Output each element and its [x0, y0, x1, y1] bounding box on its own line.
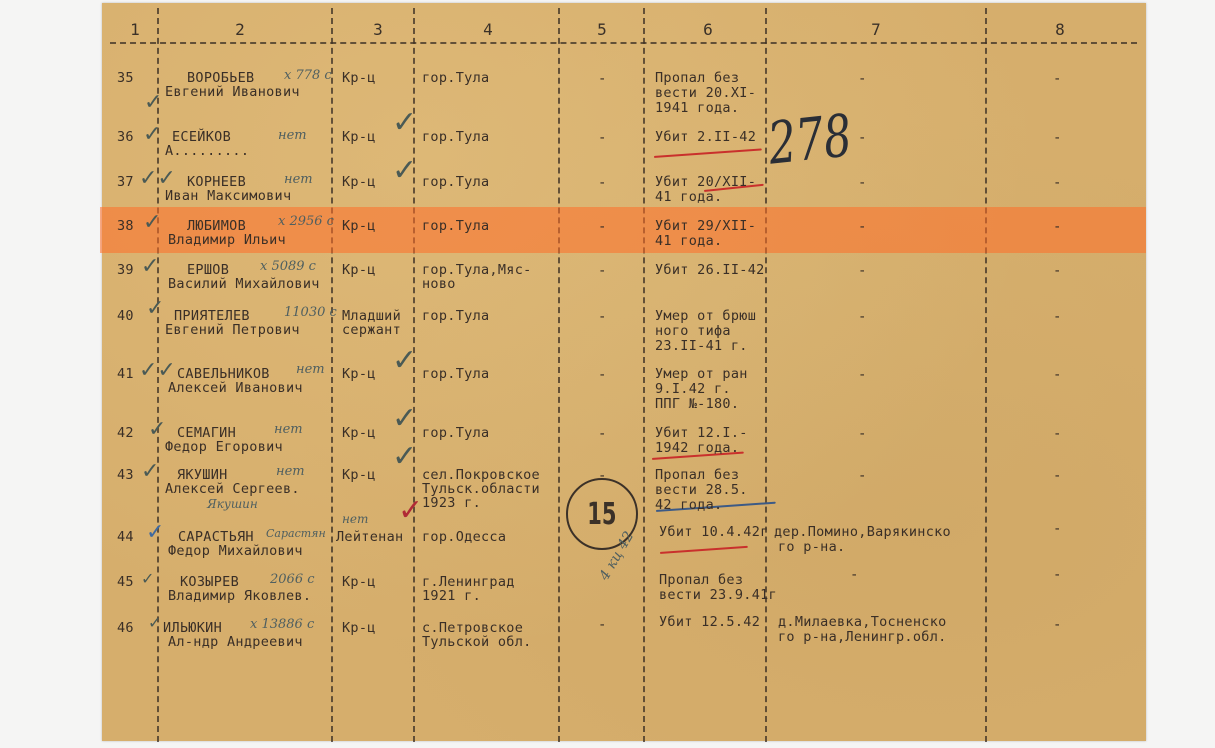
birthplace: гор.Тула: [422, 130, 489, 145]
checkmark-icon: ✓: [148, 419, 166, 441]
checkmark-icon: ✓: [392, 350, 417, 372]
given-names: Евгений Иванович: [165, 85, 300, 100]
given-names: Алексей Иванович: [168, 381, 303, 396]
rank: Кр-ц: [342, 71, 376, 86]
checkmark-icon: ✓: [141, 256, 159, 278]
col8-value: -: [1053, 130, 1061, 146]
col5-value: -: [598, 617, 606, 633]
checkmark-icon: ✓: [143, 212, 161, 234]
checkmark-icon: ✓: [148, 612, 161, 634]
handwritten-note: Сарастян: [266, 527, 326, 540]
col8-value: -: [1053, 426, 1061, 442]
rank: сержант: [342, 323, 401, 338]
fate-line: вести 23.9.41г: [659, 588, 777, 603]
handwritten-note: х 2956 с: [278, 214, 334, 229]
col7-value: -: [850, 567, 858, 583]
fate-line: 9.I.42 г.: [655, 382, 731, 397]
col8-value: -: [1053, 367, 1061, 383]
col7-value: -: [858, 426, 866, 442]
handwritten-note: нет: [276, 464, 305, 479]
column-number: 3: [368, 20, 388, 39]
checkmark-icon: ✓✓: [139, 168, 176, 190]
handwritten-note: 2066 с: [270, 572, 315, 587]
col8-value: -: [1053, 175, 1061, 191]
fate-line: Умер от ран: [655, 367, 748, 382]
rank: Кр-ц: [342, 130, 376, 145]
checkmark-icon: ✓✓: [139, 360, 176, 382]
handwritten-note: нет: [284, 172, 313, 187]
col5-value: -: [598, 426, 606, 442]
handwritten-note: х 5089 с: [260, 259, 316, 274]
fate-line: Пропал без: [655, 468, 739, 483]
row-number: 44: [117, 530, 134, 545]
given-names: Федор Егорович: [165, 440, 283, 455]
handwritten-note: нет: [342, 512, 368, 526]
handwritten-note: нет: [296, 362, 325, 377]
given-names: Василий Михайлович: [168, 277, 320, 292]
col7-value: -: [858, 71, 866, 87]
col7-value: -: [858, 130, 866, 146]
col7-value: -: [858, 175, 866, 191]
fate-line: 1941 года.: [655, 101, 739, 116]
given-names: Иван Максимович: [165, 189, 291, 204]
column-number: 2: [230, 20, 250, 39]
column-number: 7: [866, 20, 886, 39]
birthplace: ново: [422, 277, 456, 292]
col5-value: -: [598, 130, 606, 146]
fate-line: Умер от брюш: [655, 309, 756, 324]
birthplace: гор.Тула: [422, 367, 489, 382]
given-names: Евгений Петрович: [165, 323, 300, 338]
checkmark-icon: ✓: [392, 408, 417, 430]
row-number: 35: [117, 71, 134, 86]
rank: Лейтенан: [336, 530, 403, 545]
fate-line: Пропал без: [659, 573, 743, 588]
handwritten-surname: Якушин: [207, 497, 258, 511]
birthplace: гор.Тула: [422, 309, 489, 324]
fate-line: 41 года.: [655, 234, 722, 249]
burial-place: го р-на.: [778, 540, 845, 555]
birthplace: гор.Тула: [422, 71, 489, 86]
birthplace: гор.Тула: [422, 426, 489, 441]
fate-line: Убит 12.I.-: [655, 426, 748, 441]
given-names: Федор Михайлович: [168, 544, 303, 559]
given-names: Владимир Яковлев.: [168, 589, 311, 604]
rank: Кр-ц: [342, 219, 376, 234]
birthplace: 1923 г.: [422, 496, 481, 511]
fate-line: 23.II-41 г.: [655, 339, 748, 354]
col8-value: -: [1053, 468, 1061, 484]
col5-value: -: [598, 71, 606, 87]
stamp-number: 15: [587, 497, 616, 532]
row-number: 45: [117, 575, 134, 590]
column-divider: [985, 8, 987, 742]
column-divider: [558, 8, 560, 742]
rank: Кр-ц: [342, 426, 376, 441]
col5-value: -: [598, 309, 606, 325]
col7-value: -: [858, 219, 866, 235]
fate-line: ППГ №-180.: [655, 397, 739, 412]
col8-value: -: [1053, 71, 1061, 87]
row-number: 43: [117, 468, 134, 483]
handwritten-note: х 778 с: [284, 68, 332, 83]
col8-value: -: [1053, 617, 1061, 633]
checkmark-icon: ✓: [143, 124, 161, 146]
col5-value: -: [598, 367, 606, 383]
row-number: 37: [117, 175, 134, 190]
fate-line: Пропал без: [655, 71, 739, 86]
handwritten-note: 11030 с: [284, 305, 337, 320]
col7-value: -: [858, 263, 866, 279]
col7-value: -: [858, 468, 866, 484]
fate-line: вести 20.XI-: [655, 86, 756, 101]
checkmark-icon: ✓: [146, 522, 164, 544]
fate-line: Убит 20/XII-: [655, 175, 756, 190]
burial-place: д.Милаевка,Тосненско: [778, 615, 947, 630]
checkmark-icon: ✓: [392, 112, 417, 134]
fate-line: Убит 2.II-42: [655, 130, 756, 145]
row-number: 40: [117, 309, 134, 324]
checkmark-icon: ✓: [141, 461, 159, 483]
burial-place: го р-на,Ленингр.обл.: [778, 630, 947, 645]
column-divider: [331, 8, 333, 742]
given-names: Ал-ндр Андреевич: [168, 635, 303, 650]
handwritten-note: нет: [278, 128, 307, 143]
checkmark-icon: ✓: [141, 568, 154, 590]
given-names: Алексей Сергеев.: [165, 482, 300, 497]
col8-value: -: [1053, 309, 1061, 325]
header-divider: [110, 42, 1137, 44]
birthplace: гор.Тула: [422, 219, 489, 234]
col5-value: -: [598, 175, 606, 191]
handwritten-note: х 13886 с: [250, 617, 314, 632]
birthplace: Тульской обл.: [422, 635, 532, 650]
column-number: 1: [125, 20, 145, 39]
col8-value: -: [1053, 219, 1061, 235]
row-number: 36: [117, 130, 134, 145]
column-number: 4: [478, 20, 498, 39]
rank: Кр-ц: [342, 175, 376, 190]
burial-place: дер.Помино,Варякинско: [774, 525, 951, 540]
row-number: 46: [117, 621, 134, 636]
col8-value: -: [1053, 567, 1061, 583]
checkmark-icon: ✓: [144, 92, 162, 114]
rank: Кр-ц: [342, 263, 376, 278]
birthplace: 1921 г.: [422, 589, 481, 604]
fate-line: Убит 26.II-42: [655, 263, 765, 278]
rank: Кр-ц: [342, 468, 376, 483]
row-number: 42: [117, 426, 134, 441]
col5-value: -: [598, 468, 606, 484]
fate-line: Убит 12.5.42: [659, 615, 760, 630]
fate-line: 41 года.: [655, 190, 722, 205]
given-names: Владимир Ильич: [168, 233, 286, 248]
handwritten-page-number: 278: [765, 101, 855, 177]
checkmark-icon: ✓: [392, 160, 417, 182]
fate-line: ного тифа: [655, 324, 731, 339]
checkmark-icon: ✓: [146, 298, 164, 320]
given-names: А.........: [165, 144, 249, 159]
column-number: 8: [1050, 20, 1070, 39]
column-number: 5: [592, 20, 612, 39]
row-number: 41: [117, 367, 134, 382]
column-divider: [643, 8, 645, 742]
fate-line: 42 года.: [655, 498, 722, 513]
birthplace: гор.Одесса: [422, 530, 506, 545]
red-checkmark-icon: ✓: [398, 500, 423, 522]
fate-line: Убит 10.4.42г: [659, 525, 769, 540]
fate-line: вести 28.5.: [655, 483, 748, 498]
rank: Кр-ц: [342, 367, 376, 382]
col7-value: -: [858, 309, 866, 325]
row-number: 38: [117, 219, 134, 234]
handwritten-note: нет: [274, 422, 303, 437]
col8-value: -: [1053, 263, 1061, 279]
checkmark-icon: ✓: [392, 446, 417, 468]
row-number: 39: [117, 263, 134, 278]
fate-line: Убит 29/XII-: [655, 219, 756, 234]
column-number: 6: [698, 20, 718, 39]
birthplace: гор.Тула: [422, 175, 489, 190]
col8-value: -: [1053, 521, 1061, 537]
col5-value: -: [598, 219, 606, 235]
fate-line: 1942 года.: [655, 441, 739, 456]
rank: Кр-ц: [342, 621, 376, 636]
rank: Кр-ц: [342, 575, 376, 590]
col7-value: -: [858, 367, 866, 383]
col5-value: -: [598, 263, 606, 279]
